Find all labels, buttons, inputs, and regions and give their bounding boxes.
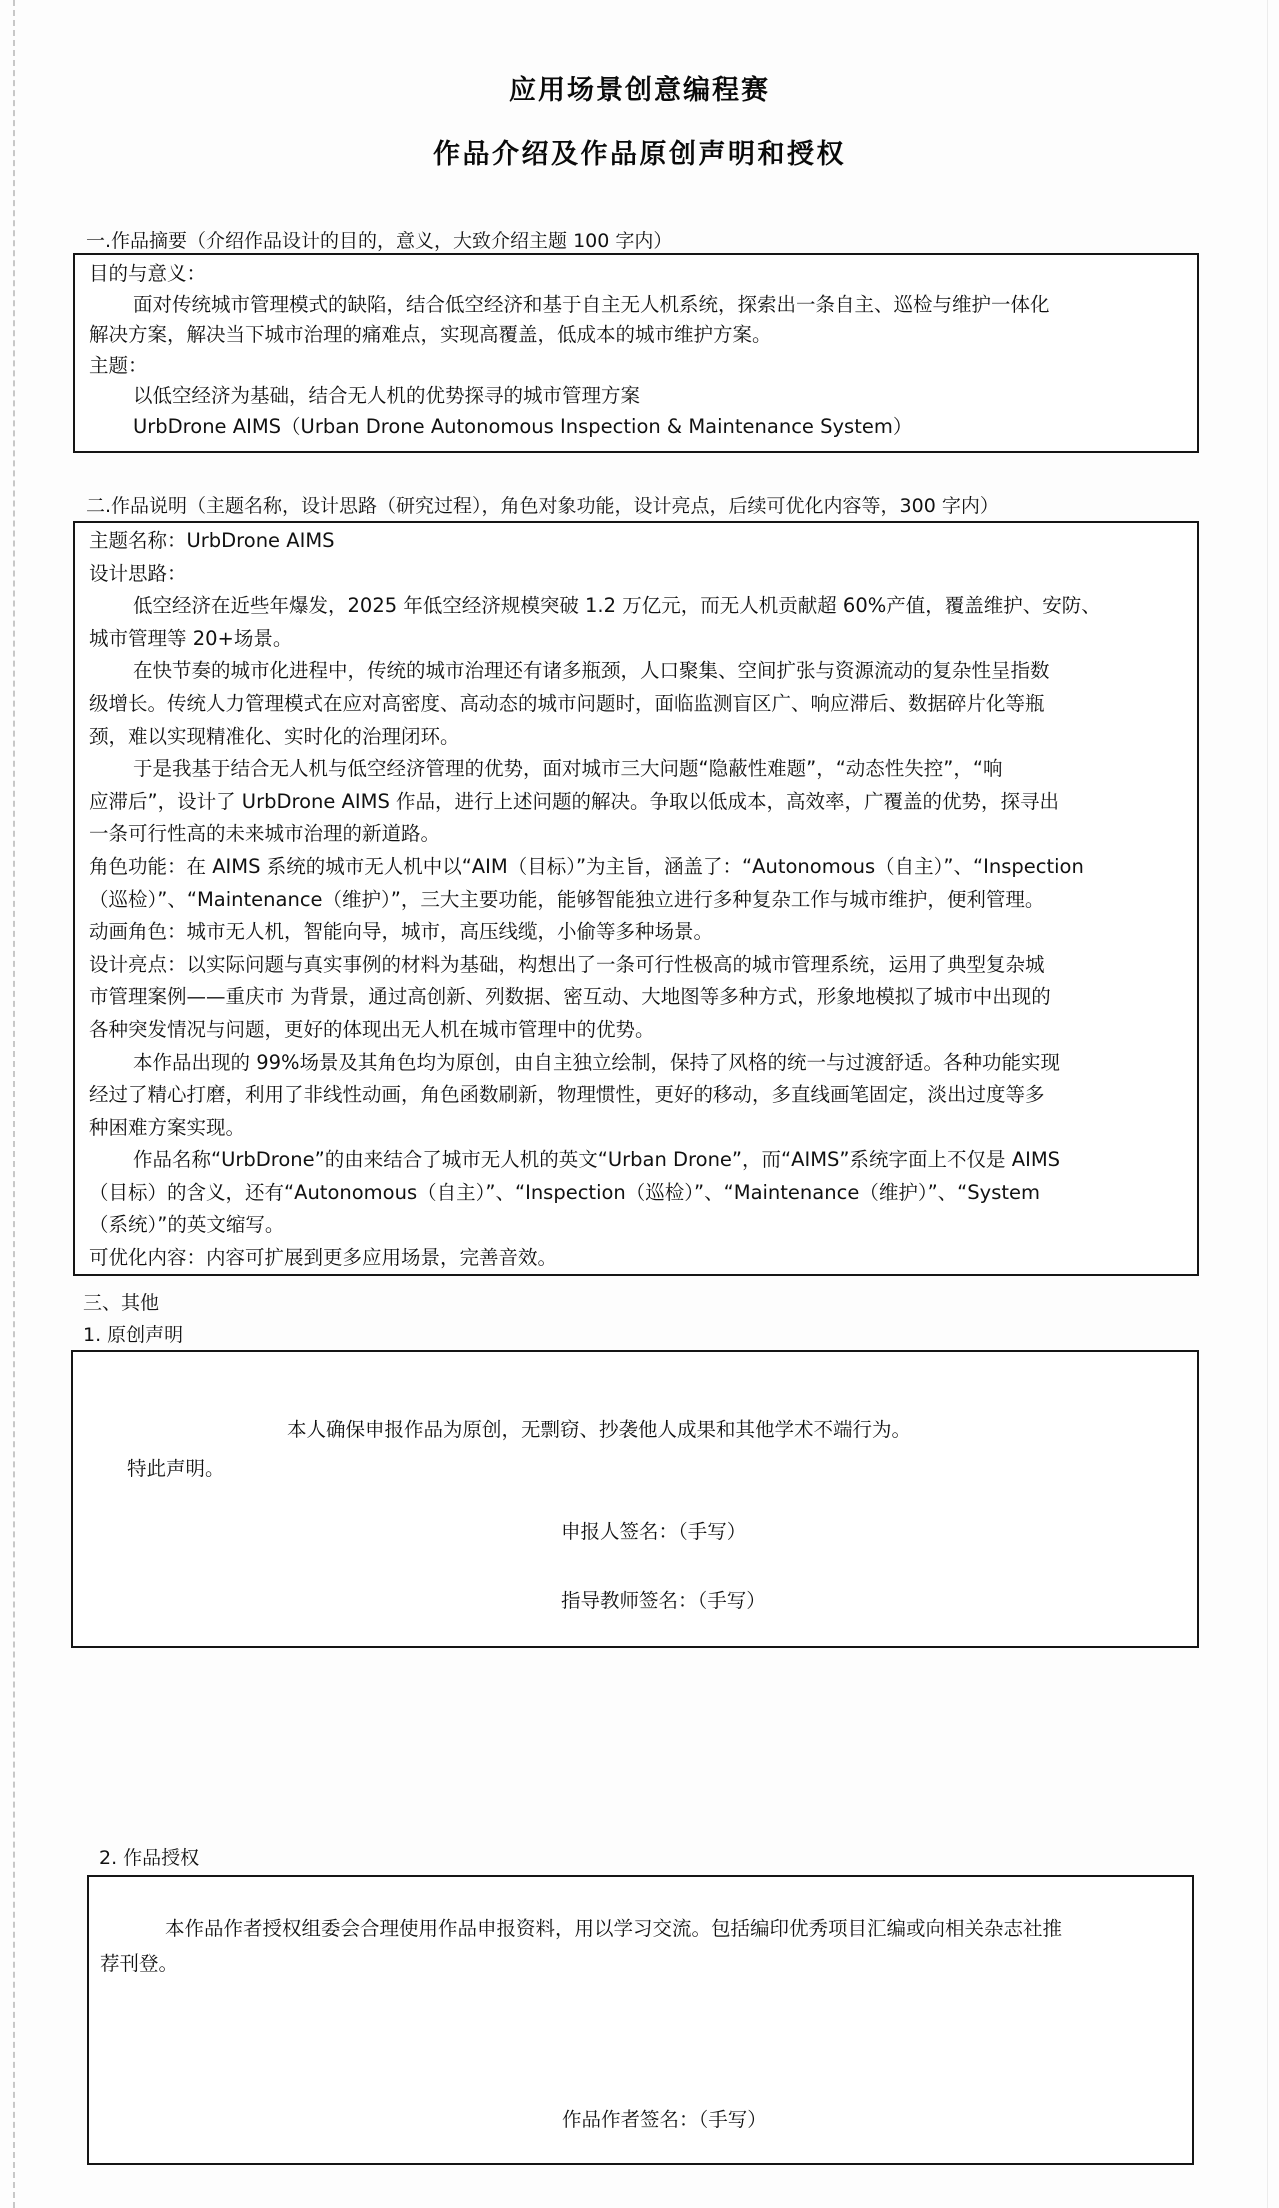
author-signature-field: 作品作者签名：（手写）	[562, 2104, 767, 2132]
highlights-line: 各种突发情况与问题，更好的体现出无人机在城市管理中的优势。	[89, 1014, 1183, 1047]
document-subtitle: 作品介绍及作品原创声明和授权	[0, 132, 1279, 171]
section3-heading: 三、其他	[83, 1288, 159, 1315]
authorization-text-line: 本作品作者授权组委会合理使用作品申报资料，用以学习交流。包括编印优秀项目汇编或向…	[165, 1913, 1062, 1941]
animated-roles: 动画角色：城市无人机，智能向导，城市，高压线缆，小偷等多种场景。	[89, 916, 1183, 949]
originality-statement: 本人确保申报作品为原创，无剽窃、抄袭他人成果和其他学术不端行为。	[287, 1414, 911, 1442]
paragraph-line: （系统）”的英文缩写。	[89, 1209, 1183, 1242]
section2-heading: 二.作品说明（主题名称，设计思路（研究过程），角色对象功能，设计亮点，后续可优化…	[86, 491, 999, 518]
paragraph-line: 城市管理等 20+场景。	[89, 623, 1183, 656]
theme-line-english: UrbDrone AIMS（Urban Drone Autonomous Ins…	[89, 412, 1183, 443]
scan-margin-line	[13, 0, 15, 2208]
document-title: 应用场景创意编程赛	[0, 68, 1279, 107]
paragraph-line: 于是我基于结合无人机与低空经济管理的优势，面对城市三大问题“隐蔽性难题”，“动态…	[89, 753, 1183, 786]
role-function-line: 角色功能：在 AIMS 系统的城市无人机中以“AIM（目标）”为主旨，涵盖了：“…	[89, 851, 1183, 884]
description-box: 主题名称：UrbDrone AIMS 设计思路： 低空经济在近些年爆发，2025…	[73, 521, 1199, 1276]
paragraph-line: 级增长。传统人力管理模式在应对高密度、高动态的城市问题时，面临监测盲区广、响应滞…	[89, 688, 1183, 721]
originality-heading: 1. 原创声明	[83, 1320, 183, 1347]
role-function-line: （巡检）”、“Maintenance（维护）”，三大主要功能，能够智能独立进行多…	[89, 884, 1183, 917]
section1-heading: 一.作品摘要（介绍作品设计的目的，意义，大致介绍主题 100 字内）	[86, 226, 672, 253]
paragraph-line: 本作品出现的 99%场景及其角色均为原创，由自主独立绘制，保持了风格的统一与过渡…	[89, 1047, 1183, 1080]
paragraph-line: 颈，难以实现精准化、实时化的治理闭环。	[89, 721, 1183, 754]
purpose-line: 解决方案，解决当下城市治理的痛难点，实现高覆盖，低成本的城市维护方案。	[89, 320, 1183, 351]
paragraph-line: 一条可行性高的未来城市治理的新道路。	[89, 818, 1183, 851]
purpose-line: 面对传统城市管理模式的缺陷，结合低空经济和基于自主无人机系统，探索出一条自主、巡…	[89, 290, 1183, 321]
originality-closing: 特此声明。	[127, 1453, 225, 1481]
authorization-box: 本作品作者授权组委会合理使用作品申报资料，用以学习交流。包括编印优秀项目汇编或向…	[87, 1875, 1194, 2165]
paragraph-line: 应滞后”，设计了 UrbDrone AIMS 作品，进行上述问题的解决。争取以低…	[89, 786, 1183, 819]
paragraph-line: （目标）的含义，还有“Autonomous（自主）”、“Inspection（巡…	[89, 1177, 1183, 1210]
theme-name: 主题名称：UrbDrone AIMS	[89, 525, 1183, 558]
authorization-text-line: 荐刊登。	[100, 1948, 178, 1976]
advisor-signature-field: 指导教师签名：（手写）	[561, 1585, 766, 1613]
highlights-line: 市管理案例——重庆市 为背景，通过高创新、列数据、密互动、大地图等多种方式，形象…	[89, 981, 1183, 1014]
theme-line: 以低空经济为基础，结合无人机的优势探寻的城市管理方案	[89, 381, 1183, 412]
paragraph-line: 作品名称“UrbDrone”的由来结合了城市无人机的英文“Urban Drone…	[89, 1144, 1183, 1177]
theme-label: 主题：	[89, 351, 1183, 382]
abstract-box: 目的与意义： 面对传统城市管理模式的缺陷，结合低空经济和基于自主无人机系统，探索…	[73, 253, 1199, 453]
optimization: 可优化内容：内容可扩展到更多应用场景，完善音效。	[89, 1242, 1183, 1275]
paragraph-line: 在快节奏的城市化进程中，传统的城市治理还有诸多瓶颈，人口聚集、空间扩张与资源流动…	[89, 655, 1183, 688]
highlights-line: 设计亮点：以实际问题与真实事例的材料为基础，构想出了一条可行性极高的城市管理系统…	[89, 949, 1183, 982]
paragraph-line: 经过了精心打磨，利用了非线性动画，角色函数刷新，物理惯性，更好的移动，多直线画笔…	[89, 1079, 1183, 1112]
scan-edge-line	[1267, 0, 1268, 2208]
paragraph-line: 低空经济在近些年爆发，2025 年低空经济规模突破 1.2 万亿元，而无人机贡献…	[89, 590, 1183, 623]
originality-box: 本人确保申报作品为原创，无剽窃、抄袭他人成果和其他学术不端行为。 特此声明。 申…	[71, 1350, 1199, 1648]
paragraph-line: 种困难方案实现。	[89, 1112, 1183, 1145]
authorization-heading: 2. 作品授权	[99, 1843, 199, 1870]
purpose-label: 目的与意义：	[89, 259, 1183, 290]
applicant-signature-field: 申报人签名：（手写）	[561, 1516, 746, 1544]
design-label: 设计思路：	[89, 558, 1183, 591]
